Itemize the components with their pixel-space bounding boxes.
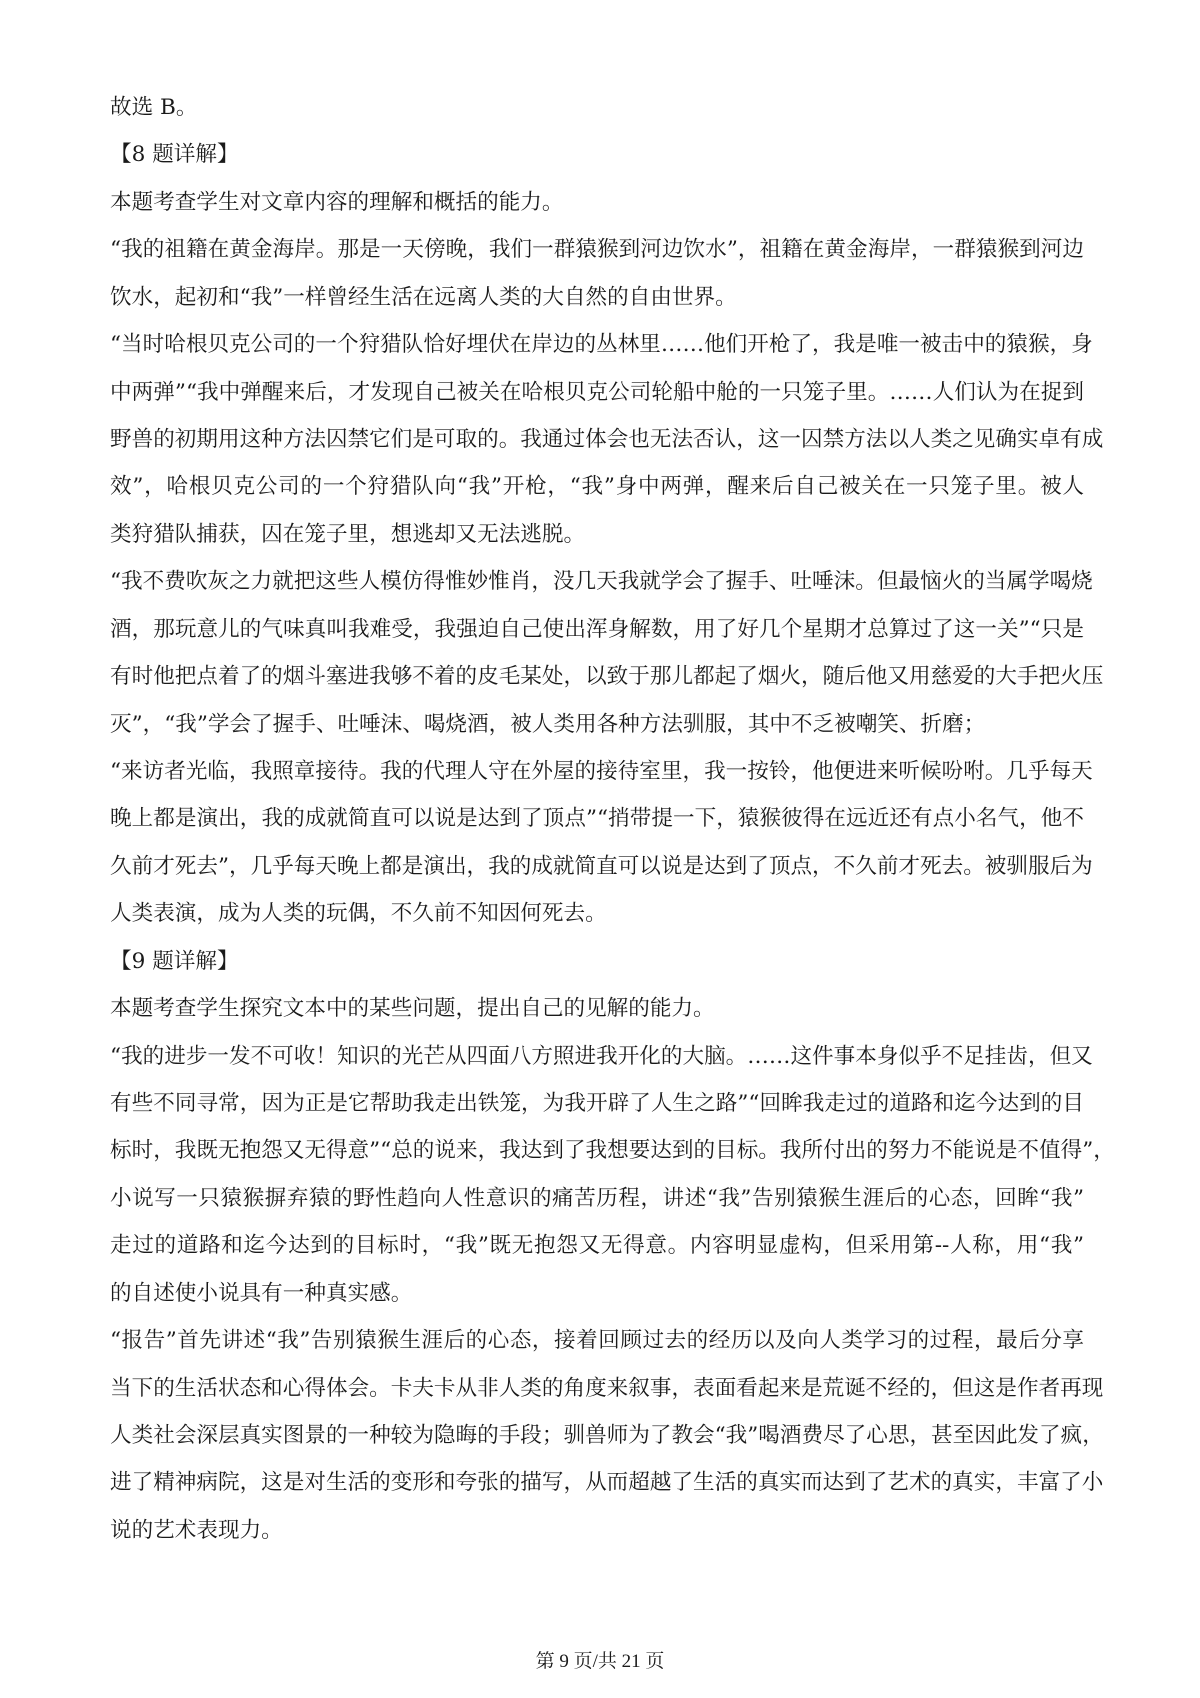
text-line: 当下的生活状态和心得体会。卡夫卡从非人类的角度来叙事，表面看起来是荒诞不经的，但…: [110, 1374, 1084, 1404]
text-line: 本题考查学生探究文本中的某些问题，提出自己的见解的能力。: [110, 994, 1084, 1024]
section-heading: 【9 题详解】: [110, 947, 1084, 977]
text-line: 标时，我既无抱怨又无得意”“总的说来，我达到了我想要达到的目标。我所付出的努力不…: [110, 1136, 1084, 1166]
text-line: 进了精神病院，这是对生活的变形和夸张的描写，从而超越了生活的真实而达到了艺术的真…: [110, 1468, 1084, 1498]
text-line: 小说写一只猿猴摒弃猿的野性趋向人性意识的痛苦历程，讲述“我”告别猿猴生涯后的心态…: [110, 1184, 1084, 1214]
text-line: 晚上都是演出，我的成就简直可以说是达到了顶点”“捎带提一下，猿猴彼得在远近还有点…: [110, 804, 1084, 834]
text-line: “我的进步一发不可收！知识的光芒从四面八方照进我开化的大脑。……这件事本身似乎不…: [110, 1042, 1084, 1072]
text-line: 久前才死去”，几乎每天晚上都是演出，我的成就简直可以说是达到了顶点，不久前才死去…: [110, 852, 1084, 882]
text-line: 饮水，起初和“我”一样曾经生活在远离人类的大自然的自由世界。: [110, 283, 1084, 313]
text-line: 说的艺术表现力。: [110, 1516, 1084, 1546]
page-number-footer: 第 9 页/共 21 页: [0, 1650, 1200, 1674]
text-line: 有些不同寻常，因为正是它帮助我走出铁笼，为我开辟了人生之路”“回眸我走过的道路和…: [110, 1089, 1084, 1119]
text-line: 效”，哈根贝克公司的一个狩猎队向“我”开枪，“我”身中两弹，醒来后自己被关在一只…: [110, 472, 1084, 502]
text-line: “报告”首先讲述“我”告别猿猴生涯后的心态，接着回顾过去的经历以及向人类学习的过…: [110, 1326, 1084, 1356]
text-line: 灭”，“我”学会了握手、吐唾沫、喝烧酒，被人类用各种方法驯服，其中不乏被嘲笑、折…: [110, 710, 1084, 740]
text-line: 故选 B。: [110, 93, 1084, 123]
text-line: 类狩猎队捕获，囚在笼子里，想逃却又无法逃脱。: [110, 520, 1084, 550]
text-line: 人类表演，成为人类的玩偶，不久前不知因何死去。: [110, 899, 1084, 929]
document-page: 故选 B。 【8 题详解】 本题考查学生对文章内容的理解和概括的能力。 “我的祖…: [0, 0, 1200, 1698]
text-line: “来访者光临，我照章接待。我的代理人守在外屋的接待室里，我一按铃，他便进来听候吩…: [110, 757, 1084, 787]
text-line: 有时他把点着了的烟斗塞进我够不着的皮毛某处，以致于那儿都起了烟火，随后他又用慈爱…: [110, 662, 1084, 692]
text-line: 中两弹”“我中弹醒来后，才发现自己被关在哈根贝克公司轮船中舱的一只笼子里。……人…: [110, 378, 1084, 408]
text-line: “我的祖籍在黄金海岸。那是一天傍晚，我们一群猿猴到河边饮水”，祖籍在黄金海岸，一…: [110, 235, 1084, 265]
section-heading: 【8 题详解】: [110, 140, 1084, 170]
text-line: 酒，那玩意儿的气味真叫我难受，我强迫自己使出浑身解数，用了好几个星期才总算过了这…: [110, 615, 1084, 645]
text-line: 走过的道路和迄今达到的目标时，“我”既无抱怨又无得意。内容明显虚构，但采用第--…: [110, 1231, 1084, 1261]
text-line: “我不费吹灰之力就把这些人模仿得惟妙惟肖，没几天我就学会了握手、吐唾沫。但最恼火…: [110, 567, 1084, 597]
text-line: “当时哈根贝克公司的一个狩猎队恰好埋伏在岸边的丛林里……他们开枪了，我是唯一被击…: [110, 330, 1084, 360]
text-line: 本题考查学生对文章内容的理解和概括的能力。: [110, 188, 1084, 218]
text-line: 的自述使小说具有一种真实感。: [110, 1279, 1084, 1309]
text-line: 人类社会深层真实图景的一种较为隐晦的手段；驯兽师为了教会“我”喝酒费尽了心思，甚…: [110, 1421, 1084, 1451]
text-line: 野兽的初期用这种方法囚禁它们是可取的。我通过体会也无法否认，这一囚禁方法以人类之…: [110, 425, 1084, 455]
